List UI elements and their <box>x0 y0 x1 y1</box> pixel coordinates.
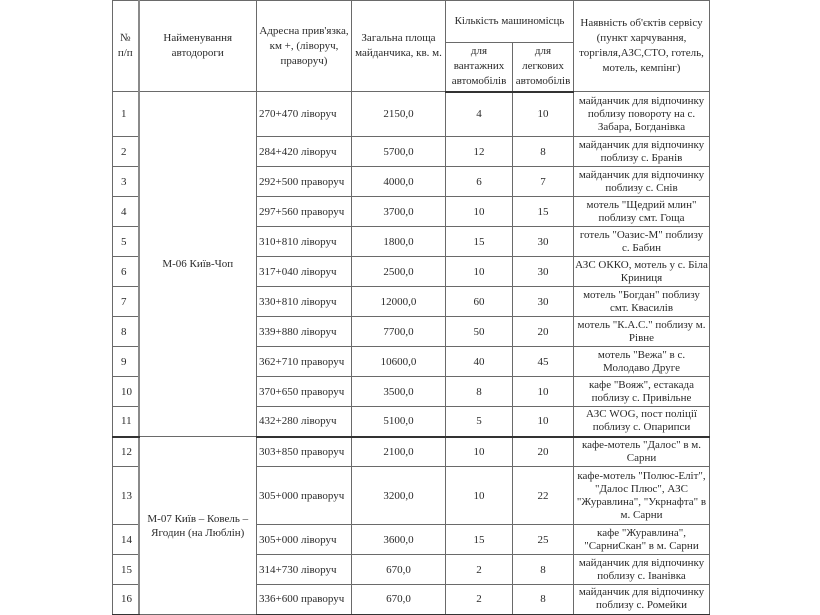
services-cell: мотель "Вежа" в с. Молодаво Друге <box>574 347 710 377</box>
area-cell: 4000,0 <box>352 167 446 197</box>
address-cell: 297+560 праворуч <box>257 197 352 227</box>
car-spaces-cell: 30 <box>513 287 574 317</box>
car-spaces-cell: 8 <box>513 555 574 585</box>
row-number: 5 <box>113 227 139 257</box>
services-cell: готель "Оазис-М" поблизу с. Бабин <box>574 227 710 257</box>
car-spaces-cell: 45 <box>513 347 574 377</box>
row-number: 7 <box>113 287 139 317</box>
area-cell: 670,0 <box>352 555 446 585</box>
services-cell: майданчик для відпочинку поблизу поворот… <box>574 92 710 137</box>
area-cell: 10600,0 <box>352 347 446 377</box>
row-number: 13 <box>113 467 139 525</box>
area-cell: 3200,0 <box>352 467 446 525</box>
truck-spaces-cell: 6 <box>446 167 513 197</box>
services-cell: кафе "Журавлина", "СарниСкан" в м. Сарни <box>574 525 710 555</box>
truck-spaces-cell: 15 <box>446 525 513 555</box>
area-cell: 3700,0 <box>352 197 446 227</box>
truck-spaces-cell: 2 <box>446 555 513 585</box>
address-cell: 284+420 ліворуч <box>257 137 352 167</box>
address-cell: 330+810 ліворуч <box>257 287 352 317</box>
row-number: 3 <box>113 167 139 197</box>
services-cell: майданчик для відпочинку поблизу с. Снів <box>574 167 710 197</box>
row-number: 4 <box>113 197 139 227</box>
area-cell: 3500,0 <box>352 377 446 407</box>
area-cell: 2100,0 <box>352 437 446 467</box>
truck-spaces-cell: 60 <box>446 287 513 317</box>
services-cell: АЗС WOG, пост поліції поблизу с. Опарипс… <box>574 407 710 437</box>
area-cell: 7700,0 <box>352 317 446 347</box>
address-cell: 336+600 праворуч <box>257 585 352 615</box>
row-number: 14 <box>113 525 139 555</box>
address-cell: 317+040 ліворуч <box>257 257 352 287</box>
row-number: 11 <box>113 407 139 437</box>
rest-areas-table: № п/п Найменування автодороги Адресна пр… <box>112 0 710 615</box>
car-spaces-cell: 22 <box>513 467 574 525</box>
car-spaces-cell: 10 <box>513 92 574 137</box>
area-cell: 2150,0 <box>352 92 446 137</box>
services-cell: мотель "Богдан" поблизу смт. Квасилів <box>574 287 710 317</box>
car-spaces-cell: 30 <box>513 227 574 257</box>
car-spaces-cell: 8 <box>513 585 574 615</box>
services-cell: кафе "Вояж", естакада поблизу с. Привіль… <box>574 377 710 407</box>
truck-spaces-cell: 40 <box>446 347 513 377</box>
table-row: 1М-06 Київ-Чоп270+470 ліворуч2150,0410ма… <box>113 92 710 137</box>
header-address: Адресна прив'язка, км +, (ліворуч, право… <box>257 1 352 92</box>
car-spaces-cell: 15 <box>513 197 574 227</box>
services-cell: кафе-мотель "Полюс-Еліт", "Далос Плюс", … <box>574 467 710 525</box>
header-trucks: для вантажних автомобілів <box>446 43 513 92</box>
services-cell: майданчик для відпочинку поблизу с. Бран… <box>574 137 710 167</box>
services-cell: майданчик для відпочинку поблизу с. Роме… <box>574 585 710 615</box>
area-cell: 670,0 <box>352 585 446 615</box>
truck-spaces-cell: 15 <box>446 227 513 257</box>
address-cell: 362+710 праворуч <box>257 347 352 377</box>
address-cell: 310+810 ліворуч <box>257 227 352 257</box>
header-number: № п/п <box>113 1 139 92</box>
services-cell: майданчик для відпочинку поблизу с. Іван… <box>574 555 710 585</box>
car-spaces-cell: 30 <box>513 257 574 287</box>
truck-spaces-cell: 2 <box>446 585 513 615</box>
row-number: 12 <box>113 437 139 467</box>
address-cell: 339+880 ліворуч <box>257 317 352 347</box>
row-number: 8 <box>113 317 139 347</box>
services-cell: кафе-мотель "Далос" в м. Сарни <box>574 437 710 467</box>
services-cell: мотель "К.А.С." поблизу м. Рівне <box>574 317 710 347</box>
row-number: 9 <box>113 347 139 377</box>
area-cell: 12000,0 <box>352 287 446 317</box>
header-road-name: Найменування автодороги <box>139 1 257 92</box>
car-spaces-cell: 8 <box>513 137 574 167</box>
address-cell: 305+000 ліворуч <box>257 525 352 555</box>
area-cell: 2500,0 <box>352 257 446 287</box>
table-body: 1М-06 Київ-Чоп270+470 ліворуч2150,0410ма… <box>113 92 710 615</box>
table-row: 12М-07 Київ – Ковель – Ягодин (на Люблін… <box>113 437 710 467</box>
row-number: 15 <box>113 555 139 585</box>
area-cell: 5700,0 <box>352 137 446 167</box>
header-cars: для легкових автомобілів <box>513 43 574 92</box>
address-cell: 370+650 праворуч <box>257 377 352 407</box>
address-cell: 270+470 ліворуч <box>257 92 352 137</box>
car-spaces-cell: 25 <box>513 525 574 555</box>
truck-spaces-cell: 50 <box>446 317 513 347</box>
address-cell: 303+850 праворуч <box>257 437 352 467</box>
truck-spaces-cell: 4 <box>446 92 513 137</box>
services-cell: АЗС ОККО, мотель у с. Біла Криниця <box>574 257 710 287</box>
row-number: 10 <box>113 377 139 407</box>
area-cell: 1800,0 <box>352 227 446 257</box>
row-number: 6 <box>113 257 139 287</box>
address-cell: 305+000 праворуч <box>257 467 352 525</box>
truck-spaces-cell: 10 <box>446 257 513 287</box>
address-cell: 432+280 ліворуч <box>257 407 352 437</box>
truck-spaces-cell: 10 <box>446 467 513 525</box>
address-cell: 292+500 праворуч <box>257 167 352 197</box>
road-name: М-07 Київ – Ковель – Ягодин (на Люблін) <box>139 437 257 615</box>
header-services: Наявність об'єктів сервісу (пункт харчув… <box>574 1 710 92</box>
road-name: М-06 Київ-Чоп <box>139 92 257 437</box>
car-spaces-cell: 20 <box>513 437 574 467</box>
car-spaces-cell: 10 <box>513 407 574 437</box>
truck-spaces-cell: 5 <box>446 407 513 437</box>
row-number: 16 <box>113 585 139 615</box>
row-number: 1 <box>113 92 139 137</box>
truck-spaces-cell: 12 <box>446 137 513 167</box>
car-spaces-cell: 10 <box>513 377 574 407</box>
car-spaces-cell: 20 <box>513 317 574 347</box>
header-parking-spaces: Кількість машиномісць <box>446 1 574 43</box>
truck-spaces-cell: 10 <box>446 197 513 227</box>
services-cell: мотель "Щедрий млин" поблизу смт. Гоща <box>574 197 710 227</box>
header-area: Загальна площа майданчика, кв. м. <box>352 1 446 92</box>
area-cell: 3600,0 <box>352 525 446 555</box>
address-cell: 314+730 ліворуч <box>257 555 352 585</box>
area-cell: 5100,0 <box>352 407 446 437</box>
truck-spaces-cell: 8 <box>446 377 513 407</box>
car-spaces-cell: 7 <box>513 167 574 197</box>
truck-spaces-cell: 10 <box>446 437 513 467</box>
row-number: 2 <box>113 137 139 167</box>
